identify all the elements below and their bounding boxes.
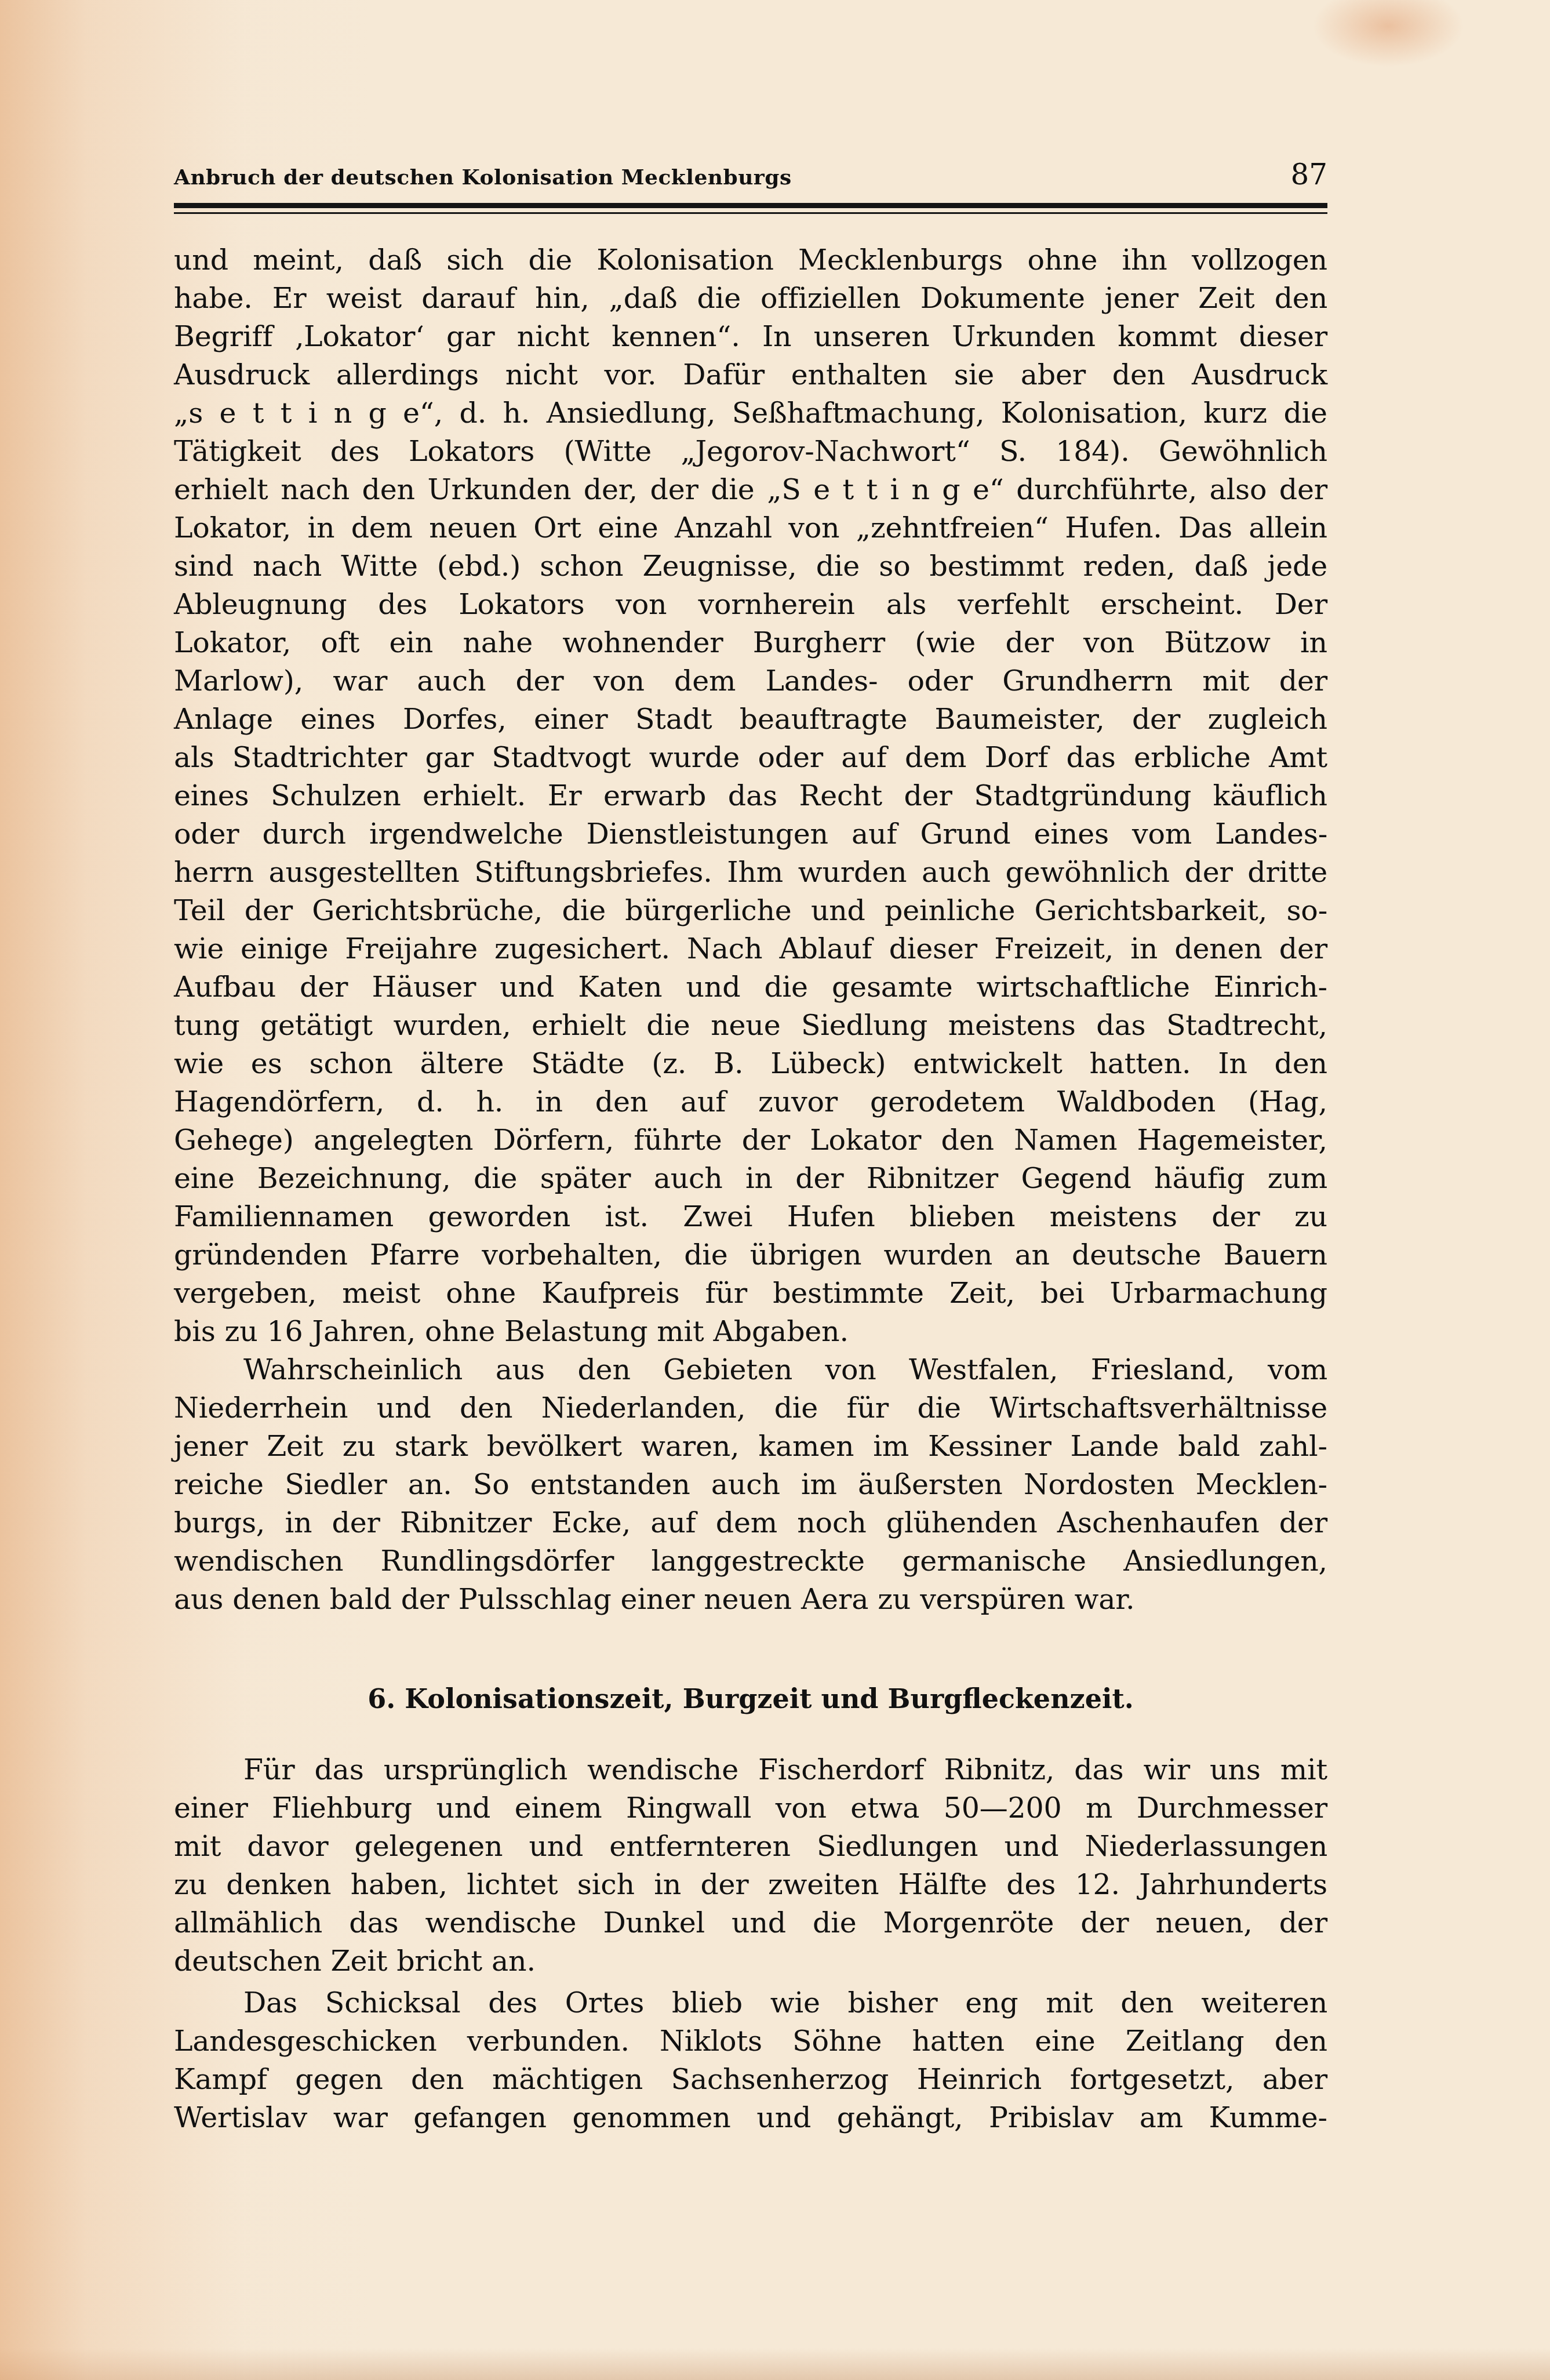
word: äußersten (858, 1466, 1003, 1504)
word: auf (681, 1083, 726, 1121)
text-line: alsStadtrichtergarStadtvogtwurdeoderaufd… (174, 739, 1327, 777)
word: den (362, 471, 415, 509)
word: fortgesetzt, (1070, 2061, 1235, 2099)
word: oder (174, 815, 239, 853)
word: das (349, 1904, 398, 1942)
header-rule-thick (174, 203, 1327, 208)
text-line: allmählichdaswendischeDunkelunddieMorgen… (174, 1904, 1327, 1942)
word: vergeben, (174, 1274, 316, 1313)
word: Bauern (1223, 1236, 1327, 1274)
word: gefangen (413, 2099, 547, 2137)
word: zu (174, 1866, 207, 1904)
word: entwickelt (913, 1045, 1062, 1083)
word: der (1132, 700, 1180, 739)
word: schon (540, 547, 623, 586)
word: vornherein (698, 586, 854, 624)
word: mächtigen (492, 2061, 643, 2099)
word: So (473, 1466, 510, 1504)
word: jener (1105, 279, 1178, 318)
word: die (764, 968, 807, 1006)
word: h. (476, 1083, 503, 1121)
word: (ebd.) (437, 547, 521, 586)
text-line: wieesschonältereStädte(z.B.Lübeck)entwic… (174, 1045, 1327, 1083)
word: des (1006, 1866, 1056, 1904)
word: für (846, 1389, 889, 1427)
word: mit (657, 1313, 704, 1351)
word: zu (878, 1580, 911, 1619)
word: Anzahl (675, 509, 772, 547)
word: Ableugnung (174, 586, 347, 624)
word: irgendwelche (369, 815, 563, 853)
word: Abgaben. (714, 1313, 849, 1351)
word: d. (417, 1083, 444, 1121)
word: zweiten (768, 1866, 879, 1904)
text-line: erhieltnachdenUrkundender,derdie„Setting… (174, 471, 1327, 509)
text-line: wendischenRundlingsdörferlanggestreckteg… (174, 1542, 1327, 1580)
word: bricht (396, 1942, 482, 1981)
word: im (801, 1466, 837, 1504)
word: Pulsschlag (459, 1580, 612, 1619)
word: Für (243, 1751, 294, 1789)
word: sich (577, 1866, 635, 1904)
word: gesamte (832, 968, 952, 1006)
word: Das (1178, 509, 1232, 547)
word: der (245, 892, 293, 930)
word: i (308, 394, 317, 433)
text-line: Ausdruckallerdingsnichtvor.Dafürenthalte… (174, 356, 1327, 394)
word: oder (908, 662, 973, 700)
word: stark (395, 1427, 468, 1466)
word: denen (1174, 930, 1262, 968)
word: uns (1210, 1751, 1261, 1789)
word: und (529, 1827, 583, 1866)
word: die (711, 471, 754, 509)
word: Schicksal (325, 1984, 461, 2022)
word: führte (634, 1121, 722, 1160)
word: den (1275, 2022, 1327, 2061)
word: das (728, 777, 777, 815)
word: die (774, 1389, 818, 1427)
word: Wahrscheinlich (243, 1351, 463, 1389)
word: aus (496, 1351, 545, 1389)
word: „daß (609, 279, 678, 318)
word: schon (309, 1045, 392, 1083)
word: Hufen. (1065, 509, 1162, 547)
word: der (1184, 853, 1232, 892)
word: Durchmesser (1137, 1789, 1327, 1827)
word: (Witte (564, 433, 652, 471)
word: in (1300, 624, 1327, 662)
word: ohne (1027, 241, 1097, 279)
section-heading: 6. Kolonisationszeit, Burgzeit und Burgf… (174, 1678, 1327, 1719)
word: jener (174, 1427, 248, 1466)
word: bis (174, 1313, 216, 1351)
word: Lokator, (174, 624, 291, 662)
word: dritte (1247, 853, 1327, 892)
word: bald (330, 1580, 392, 1619)
word: die (816, 547, 860, 586)
word: Wirtschaftsverhältnisse (989, 1389, 1327, 1427)
word: Baumeister, (934, 700, 1104, 739)
word: Urkunden (427, 471, 571, 509)
word: t (281, 394, 292, 433)
word: kennen“. (612, 318, 740, 356)
word: ausgestellten (269, 853, 460, 892)
word: und (174, 241, 228, 279)
word: käuflich (1213, 777, 1327, 815)
word: Urbarmachung (1109, 1274, 1327, 1313)
word: Stadt (635, 700, 712, 739)
word: Lande (1071, 1427, 1159, 1466)
word: zu (343, 1427, 376, 1466)
word: bestimmt (930, 547, 1064, 586)
text-line: Begriff‚Lokator‘garnichtkennen“.Inunsere… (174, 318, 1327, 356)
word: Hälfte (898, 1866, 987, 1904)
word: und (377, 1389, 431, 1427)
word: die (474, 1160, 517, 1198)
word: sich (446, 241, 504, 279)
word: Ribnitz, (944, 1751, 1055, 1789)
word: wirtschaftliche (977, 968, 1190, 1006)
word: dieser (1239, 318, 1327, 356)
text-line: reicheSiedleran.Soentstandenauchimäußers… (174, 1466, 1327, 1504)
word: dem (674, 662, 736, 700)
word: Aschenhaufen (1057, 1504, 1260, 1542)
word: Nordosten (1024, 1466, 1174, 1504)
word: und (1004, 1827, 1058, 1866)
word: wie (174, 1045, 224, 1083)
paragraph-schicksal: DasSchicksaldesOrtesbliebwiebisherengmit… (174, 1984, 1327, 2137)
word: Der (1275, 586, 1327, 624)
word: Ribnitzer (867, 1160, 998, 1198)
word: ältere (420, 1045, 504, 1083)
text-line: AbleugnungdesLokatorsvonvornhereinalsver… (174, 586, 1327, 624)
word: den (1275, 1045, 1327, 1083)
word: Rundlingsdörfer (381, 1542, 614, 1580)
word: das (1067, 739, 1116, 777)
word: gar (425, 739, 474, 777)
word: Morgenröte (883, 1904, 1054, 1942)
word: t (867, 471, 878, 509)
word: aber (1262, 2061, 1327, 2099)
word: Niklots (660, 2022, 762, 2061)
word: wie (174, 930, 224, 968)
word: Grundherrn (1002, 662, 1173, 700)
word: Schulzen (271, 777, 401, 815)
word: Fischerdorf (758, 1751, 924, 1789)
word: Lokator (810, 1121, 921, 1160)
word: (z. (652, 1045, 686, 1083)
word: der (742, 1121, 790, 1160)
word: mit (1280, 1751, 1327, 1789)
word: erscheint. (1101, 586, 1243, 624)
word: zu (225, 1313, 258, 1351)
word: Ort (533, 509, 581, 547)
word: m (1086, 1789, 1112, 1827)
text-line: burgs,inderRibnitzerEcke,aufdemnochglühe… (174, 1504, 1327, 1542)
word: des (378, 586, 427, 624)
word: Tätigkeit (174, 433, 301, 471)
word: Ablauf (779, 930, 872, 968)
word: zahl- (1259, 1427, 1327, 1466)
word: einer (621, 1580, 695, 1619)
word: der (1279, 471, 1327, 509)
word: der (1279, 1504, 1327, 1542)
word: Siedler (285, 1466, 387, 1504)
word: „zehntfreien“ (856, 509, 1049, 547)
word: der (515, 662, 563, 700)
text-line: tunggetätigtwurden,erhieltdieneueSiedlun… (174, 1006, 1327, 1045)
text-line: Hagendörfern,d.h.indenaufzuvorgerodetemW… (174, 1083, 1327, 1121)
word: Landes- (765, 662, 878, 700)
word: Bützow (1164, 624, 1270, 662)
word: auch (922, 853, 991, 892)
word: wurde (649, 739, 740, 777)
word: entstanden (530, 1466, 690, 1504)
word: e (813, 471, 830, 509)
word: den (411, 2061, 464, 2099)
text-line: FürdasursprünglichwendischeFischerdorfRi… (174, 1751, 1327, 1789)
word: kommt (1118, 318, 1217, 356)
word: dem (716, 1504, 777, 1542)
word: von (825, 1351, 876, 1389)
word: Ansiedlungen, (1123, 1542, 1327, 1580)
word: neue (711, 1006, 780, 1045)
text-line: zudenkenhaben,lichtetsichinderzweitenHäl… (174, 1866, 1327, 1904)
word: von (788, 509, 839, 547)
word: mit (1202, 662, 1249, 700)
word: Marlow), (174, 662, 303, 700)
word: Gebieten (663, 1351, 792, 1389)
word: Friesland, (1091, 1351, 1235, 1389)
word: ohne (425, 1313, 495, 1351)
word: einem (515, 1789, 602, 1827)
word: zum (1268, 1160, 1327, 1198)
word: beauftragte (740, 700, 907, 739)
word: der (795, 1160, 843, 1198)
word: an. (492, 1942, 536, 1981)
word: Zeitlang (1126, 2022, 1245, 2061)
word: vom (1268, 1351, 1327, 1389)
text-line: wieeinigeFreijahrezugesichert.NachAblauf… (174, 930, 1327, 968)
word: vor. (604, 356, 656, 394)
paragraph-siedler: WahrscheinlichausdenGebietenvonWestfalen… (174, 1351, 1327, 1619)
word: Seßhaftmachung, (732, 394, 985, 433)
word: wir (1143, 1751, 1189, 1789)
word: oder (758, 739, 823, 777)
word: Zwei (683, 1198, 752, 1236)
word: wendischen (174, 1542, 343, 1580)
word: Kaufpreis (541, 1274, 679, 1313)
word: Wertislav (174, 2099, 307, 2137)
text-line: Familiennamengewordenist.ZweiHufenbliebe… (174, 1198, 1327, 1236)
text-line: Landesgeschickenverbunden.NiklotsSöhneha… (174, 2022, 1327, 2061)
text-line: KampfgegendenmächtigenSachsenherzogHeinr… (174, 2061, 1327, 2099)
text-line: gründendenPfarrevorbehalten,dieübrigenwu… (174, 1236, 1327, 1274)
word: bald (1178, 1427, 1240, 1466)
word: Ecke, (552, 1504, 631, 1542)
word: gerodetem (870, 1083, 1025, 1121)
word: die (684, 1236, 727, 1274)
word: vorbehalten, (482, 1236, 662, 1274)
text-line: jenerZeitzustarkbevölkertwaren,kamenimKe… (174, 1427, 1327, 1466)
word: darauf (421, 279, 515, 318)
text-line: Lokator,indemneuenOrteineAnzahlvon„zehnt… (174, 509, 1327, 547)
word: Einrich- (1214, 968, 1327, 1006)
word: das (1096, 1006, 1145, 1045)
word: erhielt (174, 471, 268, 509)
word: Das (243, 1984, 297, 2022)
word: erhielt. (423, 777, 526, 815)
word: Ortes (565, 1984, 644, 2022)
word: Urkunden (952, 318, 1096, 356)
word: in (745, 1160, 773, 1198)
word: „s (174, 394, 203, 433)
word: zuvor (758, 1083, 838, 1121)
word: oft (321, 624, 359, 662)
word: Stadtgründung (974, 777, 1191, 815)
word: durchführte, (1016, 471, 1197, 509)
word: nahe (463, 624, 533, 662)
word: Gerichtsbarkeit, (1035, 892, 1268, 930)
word: 16 (267, 1313, 303, 1351)
word: in (307, 509, 334, 547)
word: Söhne (792, 2022, 882, 2061)
word: zu (1294, 1198, 1327, 1236)
word: Niederrhein (174, 1389, 348, 1427)
word: gewöhnlich (1006, 853, 1170, 892)
word: lichtet (467, 1866, 558, 1904)
word: meint, (253, 241, 344, 279)
word: Hufen (787, 1198, 875, 1236)
word: tung (174, 1006, 239, 1045)
word: Landesgeschicken (174, 2022, 437, 2061)
word: waren, (641, 1427, 740, 1466)
word: (Hag, (1248, 1083, 1327, 1121)
word: Städte (531, 1045, 624, 1083)
word: kamen (758, 1427, 854, 1466)
word: den (595, 1083, 648, 1121)
word: nicht (505, 356, 578, 394)
word: bisher (848, 1984, 938, 2022)
word: genommen (572, 2099, 730, 2137)
word: n (334, 394, 352, 433)
word: sind (174, 547, 234, 586)
word: wurden, (394, 1006, 511, 1045)
word: Heinrich (917, 2061, 1042, 2099)
word: den (941, 1121, 994, 1160)
word: Hagemeister, (1137, 1121, 1328, 1160)
word: noch (797, 1504, 866, 1542)
word: Amt (1269, 739, 1327, 777)
text-line: oderdurchirgendwelcheDienstleistungenauf… (174, 815, 1327, 853)
word: ohne (446, 1274, 516, 1313)
word: vollzogen (1192, 241, 1327, 279)
word: e (220, 394, 236, 433)
word: verspüren (920, 1580, 1065, 1619)
word: Zeit (267, 1427, 323, 1466)
text-line: einesSchulzenerhielt.ErerwarbdasRechtder… (174, 777, 1327, 815)
word: S. (999, 433, 1027, 471)
word: mit (174, 1827, 221, 1866)
text-line: Lokator,ofteinnahewohnenderBurgherr(wied… (174, 624, 1327, 662)
text-line: Gehege)angelegtenDörfern,führtederLokato… (174, 1121, 1327, 1160)
word: ein (390, 624, 434, 662)
word: offiziellen (761, 279, 901, 318)
word: Kolonisation (596, 241, 774, 279)
word: langgestreckte (651, 1542, 864, 1580)
word: nach (253, 547, 322, 586)
word: Ringwall (626, 1789, 751, 1827)
word: der (1279, 1904, 1327, 1942)
word: Lokator, (174, 509, 291, 547)
text-line: vergeben,meistohneKaufpreisfürbestimmteZ… (174, 1274, 1327, 1313)
word: glühenden (886, 1504, 1038, 1542)
word: als (886, 586, 926, 624)
word: Aufbau (174, 968, 276, 1006)
text-line: AnlageeinesDorfes,einerStadtbeauftragteB… (174, 700, 1327, 739)
word: Lübeck) (770, 1045, 886, 1083)
word: durch (263, 815, 346, 853)
word: Häuser (372, 968, 476, 1006)
word: dem (351, 509, 413, 547)
word: Dafür (683, 356, 765, 394)
word: von (616, 586, 667, 624)
word: hin, (535, 279, 590, 318)
word: der (1279, 930, 1327, 968)
word: weist (326, 279, 402, 318)
word: blieben (909, 1198, 1015, 1236)
word: daß (368, 241, 422, 279)
word: als (174, 739, 214, 777)
word: das (1074, 1751, 1123, 1789)
text-line: ausdenenbaldderPulsschlageinerneuenAeraz… (174, 1580, 1327, 1619)
word: Waldboden (1057, 1083, 1216, 1121)
text-line: TätigkeitdesLokators(Witte„Jegorov-Nachw… (174, 433, 1327, 471)
word: neuen (704, 1580, 792, 1619)
word: 12. (1075, 1866, 1120, 1904)
word: wurden (798, 853, 907, 892)
word: der, (584, 471, 638, 509)
word: Zeit (331, 1942, 388, 1981)
word: einige (241, 930, 328, 968)
word: Niederlassungen (1085, 1827, 1327, 1866)
word: burgs, (174, 1504, 265, 1542)
word: Westfalen, (909, 1351, 1058, 1389)
word: denen (232, 1580, 320, 1619)
word: Zeit, (949, 1274, 1015, 1313)
running-title: Anbruch der deutschen Kolonisation Meckl… (174, 165, 792, 190)
word: im (873, 1427, 909, 1466)
text-line: mitdavorgelegenenundentfernterenSiedlung… (174, 1827, 1327, 1866)
word: geworden (428, 1198, 571, 1236)
word: Dokumente (920, 279, 1085, 318)
word: entfernteren (609, 1827, 791, 1866)
word: hatten (912, 2022, 1005, 2061)
word: blieb (672, 1984, 743, 2022)
word: nicht (517, 318, 590, 356)
word: zugleich (1207, 700, 1327, 739)
word: eine (174, 1160, 234, 1198)
word: die (917, 1389, 960, 1427)
word: Dorf (985, 739, 1049, 777)
word: sie (954, 356, 994, 394)
word: die (529, 241, 572, 279)
text-line: eineBezeichnung,diespäterauchinderRibnit… (174, 1160, 1327, 1198)
word: eine (1035, 2022, 1095, 2061)
word: Anlage (174, 700, 273, 739)
page-number: 87 (1290, 158, 1327, 191)
